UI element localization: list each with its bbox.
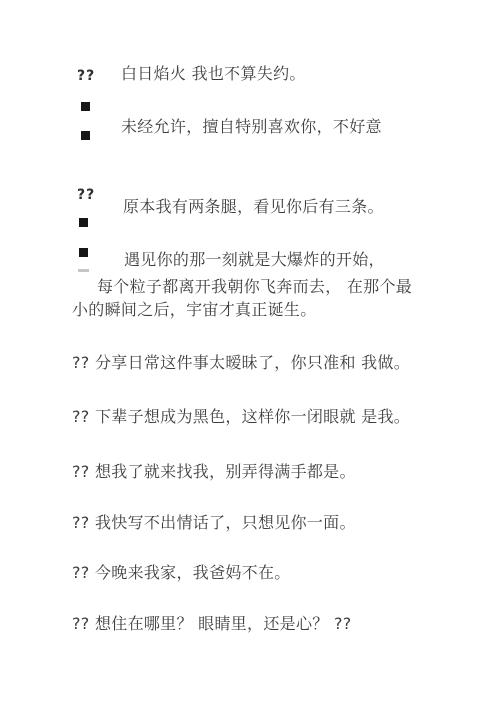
quote-line: ?? 下辈子想成为黑色，这样你一闭眼就 是我。 bbox=[72, 407, 410, 427]
emoji-placeholder: ?? bbox=[77, 187, 95, 203]
bullet-square-icon bbox=[79, 218, 88, 227]
bullet-square-icon bbox=[81, 102, 90, 111]
quote-line: ?? 今晚来我家，我爸妈不在。 bbox=[72, 563, 291, 583]
quote-line: 原本我有两条腿，看见你后有三条。 bbox=[123, 197, 384, 217]
quote-line: 未经允许，擅自特别喜欢你，不好意 bbox=[121, 117, 382, 137]
emoji-placeholder: ?? bbox=[77, 68, 95, 84]
quote-line: 白日焰火 我也不算失约。 bbox=[121, 64, 306, 84]
bullet-square-icon bbox=[81, 131, 90, 140]
quote-line: ?? 想我了就来找我，别弄得满手都是。 bbox=[72, 462, 356, 482]
quote-line: ?? 想住在哪里？ 眼睛里，还是心？ ?? bbox=[72, 614, 352, 634]
paragraph-line: 小的瞬间之后，宇宙才真正诞生。 bbox=[72, 300, 317, 320]
dash-mark bbox=[78, 269, 89, 272]
quote-card: ?? 白日焰火 我也不算失约。 未经允许，擅自特别喜欢你，不好意 ?? 原本我有… bbox=[0, 0, 500, 708]
quote-line: ?? 我快写不出情话了，只想见你一面。 bbox=[72, 513, 356, 533]
bullet-square-icon bbox=[79, 248, 88, 257]
quote-line: ?? 分享日常这件事太暧昧了，你只准和 我做。 bbox=[72, 353, 410, 373]
paragraph-line: 遇见你的那一刻就是大爆炸的开始， bbox=[124, 250, 385, 270]
paragraph-line: 每个粒子都离开我朝你飞奔而去， 在那个最 bbox=[97, 277, 412, 297]
